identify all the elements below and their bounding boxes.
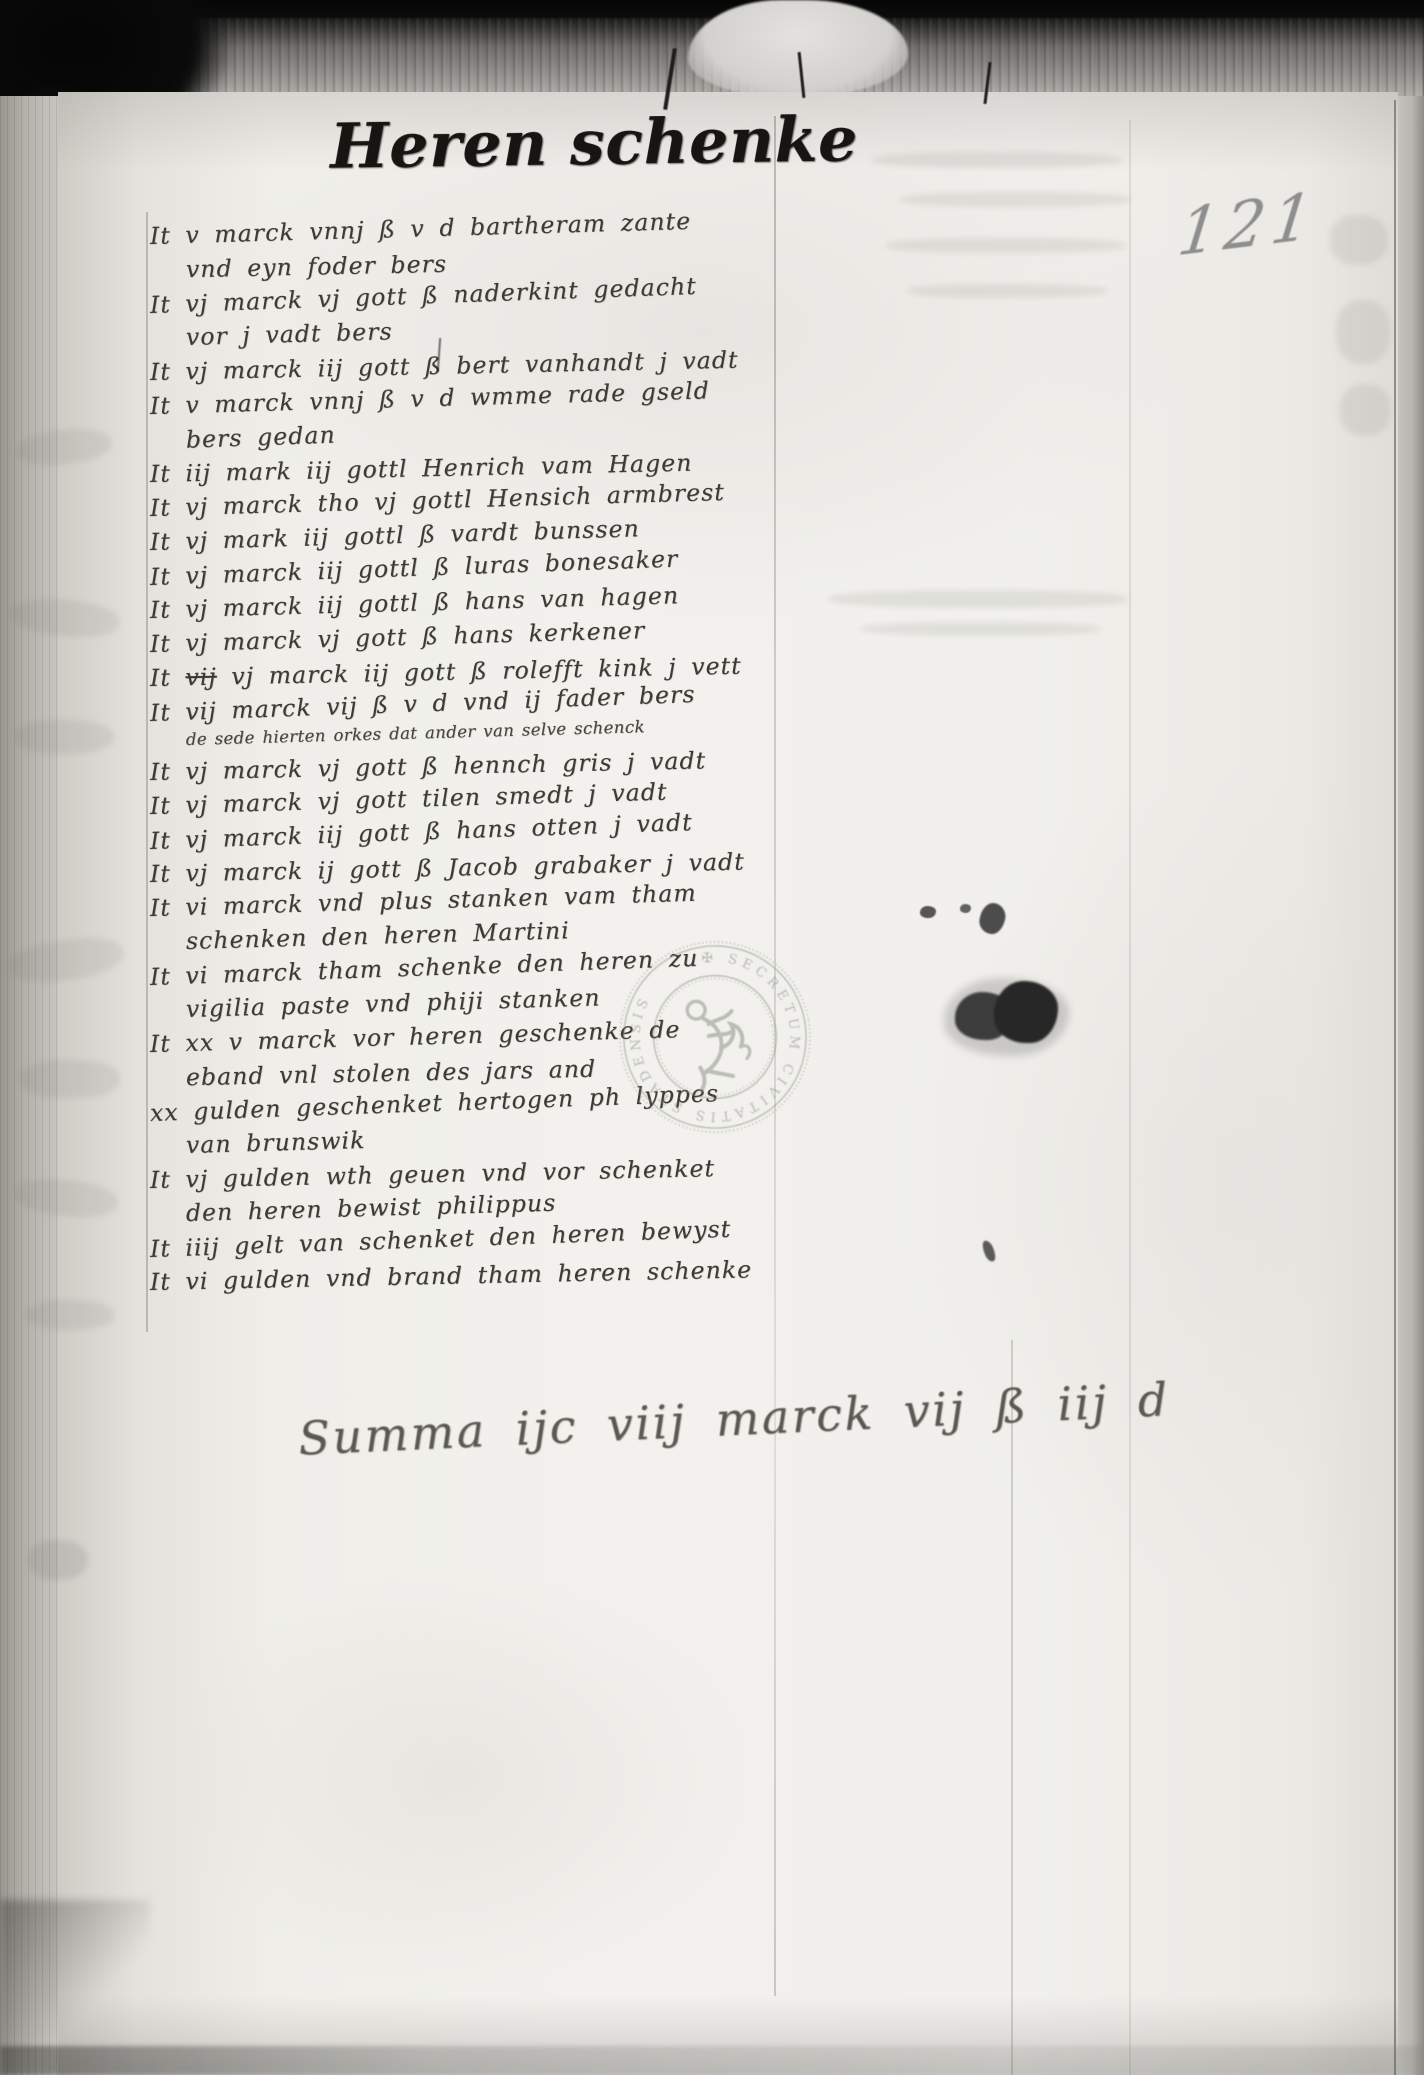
bleed-through-mark [860, 622, 1100, 636]
paper-slip [688, 0, 908, 98]
vertical-crease [1011, 1340, 1013, 2075]
ink-blot [920, 906, 936, 918]
ink-blot [960, 904, 971, 913]
manuscript-photo: Heren schenke 121 It v marck vnnj ß v d … [0, 0, 1424, 2075]
bleed-through-mark [20, 1060, 120, 1098]
page-bottom-shadow [0, 2046, 1424, 2075]
ink-blot [994, 981, 1058, 1043]
corner-shadow [0, 1900, 150, 2075]
bleed-through-mark [1340, 384, 1390, 436]
bleed-through-mark [28, 1540, 88, 1580]
bleed-through-mark [1330, 215, 1388, 265]
margin-rule [146, 212, 148, 1332]
seal-lion-icon [686, 993, 755, 1090]
seal-legend: ✠ SECRETUM CIVITATIS STADENSIS [615, 937, 816, 1138]
line-text: van brunswik [186, 1126, 366, 1159]
right-page-edge [1397, 96, 1424, 2075]
line-text: It [150, 663, 186, 692]
struck-word: vij [185, 663, 217, 692]
page-edge-line [1394, 100, 1396, 2075]
bleed-through-mark [26, 1300, 114, 1330]
bleed-through-mark [886, 238, 1126, 253]
bleed-through-mark [872, 152, 1122, 168]
vertical-crease [1129, 120, 1131, 2075]
bleed-through-mark [908, 284, 1108, 298]
bleed-through-mark [14, 720, 114, 754]
bleed-through-mark [900, 192, 1130, 207]
line-text: bers gedan [185, 421, 336, 454]
bleed-through-mark [1336, 300, 1390, 364]
page-title: Heren schenke [330, 102, 859, 182]
city-seal-stamp: ✠ SECRETUM CIVITATIS STADENSIS [600, 922, 829, 1151]
bleed-through-mark [828, 590, 1128, 608]
line-text: vor j vadt bers [186, 317, 394, 351]
